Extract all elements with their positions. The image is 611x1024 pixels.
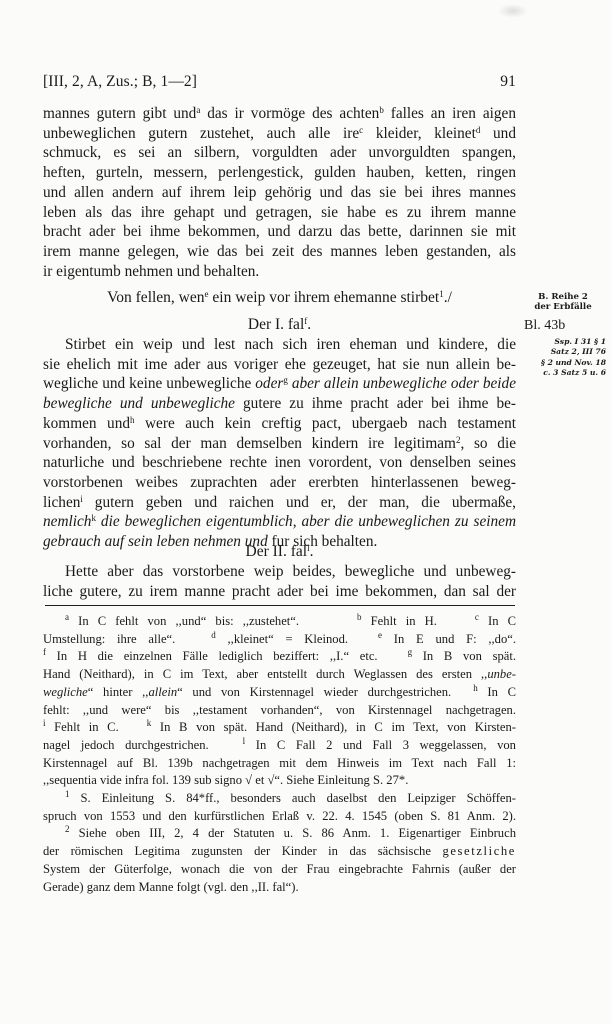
text-line: naturliche und beschriebene rechte inen … [43,453,516,473]
italic-text-run: wegliche [43,685,88,699]
marginal-ref-line: c. 3 Satz 5 u. 6 [520,368,606,378]
case-1-heading: Der I. falf. [43,316,516,334]
text-run: ,,sequentia vide infra fol. 139 sub sign… [43,773,408,787]
text-line: a In C fehlt von ,,und“ bis: ,,zustehet“… [43,613,516,631]
text-run: kommen und [43,415,130,432]
italic-text-run: aber allein unbewegliche oder beide [288,375,516,392]
section-heading: Von fellen, wene ein weip vor ihrem ehem… [43,289,516,307]
italic-text-run: die beweglichen eigentumblich, aber die … [96,513,516,530]
text-run: schmuck, es sei an silbern, vorguldten a… [43,144,516,161]
text-run: Stirbet ein weip und lest nach sich iren… [65,336,516,353]
text-line: vorhanden, so sal der man demselben kind… [43,434,516,454]
text-line: i Fehlt in C.k In B von spät. Hand (Neit… [43,719,516,737]
text-line: System der Güterfolge, wonach die von de… [43,861,516,879]
text-run: Fehlt in C. [46,720,119,734]
text-run: were auch kein creftig pact, ubergaeb na… [135,415,517,432]
text-run: das ir vormöge des achten [200,105,379,122]
text-run: In E und F: ,,do“. [382,632,516,646]
text-run: heften, gurteln, messern, perlengestick,… [43,164,516,181]
text-run: In C [478,685,516,699]
marginal-folio: Bl. 43b [524,318,610,334]
text-line: Hand (Neithard), in C im Text, aber ents… [43,666,516,684]
text-run: spruch von 1553 und den kurfürstlichen E… [43,809,516,823]
text-line: f In H die einzelnen Fälle lediglich bez… [43,648,516,666]
text-line: schmuck, es sei an silbern, vorguldten a… [43,143,516,163]
text-run: vorstorbenen weibes zuprachten ader erer… [43,474,516,491]
text-run: Von fellen, wen [107,289,204,306]
text-line: nemlichk die beweglichen eigentumblich, … [43,512,516,532]
paper-stain [498,4,528,18]
text-run: In H die einzelnen Fälle lediglich bezif… [46,649,378,663]
text-run: gutere zu ihme pracht ader bei ihme be- [235,395,516,412]
text-run: gutern geben und raichen und er, der man… [83,494,516,511]
text-line: leben als das ihre gehapt und getragen, … [43,203,516,223]
letterspaced-text-run: gesetzliche [442,844,516,858]
marginal-ref-line: Ssp. I 31 § 1 [520,337,606,347]
text-run: Gerade) ganz dem Manne folgt (vgl. den ,… [43,880,299,894]
text-line: 2 Siehe oben III, 2, 4 der Statuten u. S… [43,825,516,843]
text-run: . [307,316,311,333]
text-line: Gerade) ganz dem Manne folgt (vgl. den ,… [43,879,516,897]
text-line: 1 S. Einleitung S. 84*ff., besonders auc… [43,790,516,808]
text-line: der römischen Legitima zugunsten der Kin… [43,843,516,861]
text-line: licheni gutern geben und raichen und er,… [43,493,516,513]
text-run: In C [479,614,516,628]
text-line: wegliche“ hinter ,,allein“ und von Kirst… [43,684,516,702]
text-line: fehlt: ,,und were“ bis ,,testament vorha… [43,702,516,720]
text-line: kommen undh were auch kein creftig pact,… [43,414,516,434]
text-run: naturliche und beschriebene rechte inen … [43,454,516,471]
text-run: nagel jedoch durchgestrichen. [43,738,209,752]
marginal-references: Ssp. I 31 § 1 Satz 2, III 76 § 2 und Nov… [520,337,606,378]
footnotes: 1 S. Einleitung S. 84*ff., besonders auc… [43,790,516,896]
marginal-series-label-line-2: der Erbfälle [525,303,601,313]
text-line: bewegliche und unbewegliche gutere zu ih… [43,394,516,414]
text-run: S. Einleitung S. 84*ff., besonders auch … [70,791,517,805]
text-run: vorhanden, so sal der man demselben kind… [43,435,456,452]
text-run: leben als das ihre gehapt und getragen, … [43,204,516,221]
text-run: ./ [444,289,452,306]
footnote-separator-rule [45,605,515,606]
text-line: ,,sequentia vide infra fol. 139 sub sign… [43,772,516,790]
text-run: irem manne gelegen, wie das bei zeit des… [43,243,516,260]
text-run: “ hinter ,, [88,685,149,699]
text-run: In C Fall 2 und Fall 3 weggelassen, von [245,738,516,752]
text-run: Kirstennagel auf Bl. 139b nachgetragen m… [43,756,516,770]
text-line: mannes gutern gibt unda das ir vormöge d… [43,104,516,124]
text-line: Stirbet ein weip und lest nach sich iren… [43,335,516,355]
text-run: ,,kleinet“ = Kleinod. [216,632,348,646]
marginal-series-label: B. Reihe 2 der Erbfälle [525,293,601,312]
text-run: In B von spät. Hand (Neithard), in C im … [151,720,516,734]
text-line: nagel jedoch durchgestrichen.l In C Fall… [43,737,516,755]
text-run: Umstellung: ihre alle“. [43,632,175,646]
case-1-paragraph: Stirbet ein weip und lest nach sich iren… [43,335,516,552]
text-run: “ und von Kirstennagel wieder durchgestr… [177,685,451,699]
text-run: ir eigentumb nehmen und behalten. [43,263,259,280]
italic-text-run: allein [148,685,177,699]
text-run: mannes gutern gibt und [43,105,196,122]
text-line: und allen andern auf ihrem leip gehörig … [43,183,516,203]
case-2-paragraph: Hette aber das vorstorbene weip beides, … [43,562,516,601]
text-run: liche gutere, zu irem manne pracht ader … [43,583,516,600]
text-run: fehlt: ,,und were“ bis ,,testament vorha… [43,703,516,717]
text-line: bracht ader bei ihme bekommen, und darzu… [43,222,516,242]
text-run: ein weip vor ihrem ehemanne stirbet [209,289,440,306]
text-run: Der I. fal [248,316,304,333]
text-run: Der II. fal [246,543,308,560]
text-line: sie ehelich mit ime ader aus voriger ehe… [43,355,516,375]
text-line: ir eigentumb nehmen und behalten. [43,262,516,282]
text-run: In B von spät. [412,649,516,663]
text-run: Siehe oben III, 2, 4 der Statuten u. S. … [70,826,517,840]
text-run: wegliche und keine unbewegliche [43,375,255,392]
text-run: unbeweglichen gutern zustehet, auch alle… [43,125,359,142]
page-number: 91 [500,73,516,91]
text-line: liche gutere, zu irem manne pracht ader … [43,582,516,602]
critical-apparatus: a In C fehlt von ,,und“ bis: ,,zustehet“… [43,613,516,790]
text-line: heften, gurteln, messern, perlengestick,… [43,163,516,183]
text-run: sie ehelich mit ime ader aus voriger ehe… [43,356,516,373]
text-line: unbeweglichen gutern zustehet, auch alle… [43,124,516,144]
marginal-ref-line: Satz 2, III 76 [520,347,606,357]
text-run: der römischen Legitima zugunsten der Kin… [43,844,442,858]
text-run: Hette aber das vorstorbene weip beides, … [65,563,516,580]
italic-text-run: unbe- [487,667,516,681]
case-2-heading: Der II. fall. [43,543,516,561]
text-line: irem manne gelegen, wie das bei zeit des… [43,242,516,262]
text-run: und allen andern auf ihrem leip gehörig … [43,184,516,201]
text-run: In C fehlt von ,,und“ bis: ,,zustehet“. [69,614,299,628]
text-line: vorstorbenen weibes zuprachten ader erer… [43,473,516,493]
text-run: falles an iren aigen [384,105,516,122]
text-run: , so die [460,435,516,452]
text-line: spruch von 1553 und den kurfürstlichen E… [43,808,516,826]
marginal-ref-line: § 2 und Nov. 18 [520,358,606,368]
text-line: Kirstennagel auf Bl. 139b nachgetragen m… [43,755,516,773]
text-line: wegliche und keine unbewegliche oderg ab… [43,374,516,394]
text-run: System der Güterfolge, wonach die von de… [43,862,516,876]
text-run: . [310,543,314,560]
text-run: Fehlt in H. [362,614,437,628]
section-reference: [III, 2, A, Zus.; B, 1—2] [43,73,197,91]
italic-text-run: nemlich [43,513,91,530]
text-run: kleider, kleinet [363,125,476,142]
text-run: bracht ader bei ihme bekommen, und darzu… [43,223,516,240]
text-run: Hand (Neithard), in C im Text, aber ents… [43,667,487,681]
italic-text-run: oder [255,375,283,392]
text-line: Umstellung: ihre alle“.d ,,kleinet“ = Kl… [43,631,516,649]
body-paragraph-top: mannes gutern gibt unda das ir vormöge d… [43,104,516,281]
text-run: lichen [43,494,80,511]
running-head: [III, 2, A, Zus.; B, 1—2] 91 [43,73,516,91]
book-page: [III, 2, A, Zus.; B, 1—2] 91 mannes gute… [0,0,611,1024]
text-line: Hette aber das vorstorbene weip beides, … [43,562,516,582]
italic-text-run: bewegliche und unbewegliche [43,395,235,412]
text-run: und [480,125,516,142]
